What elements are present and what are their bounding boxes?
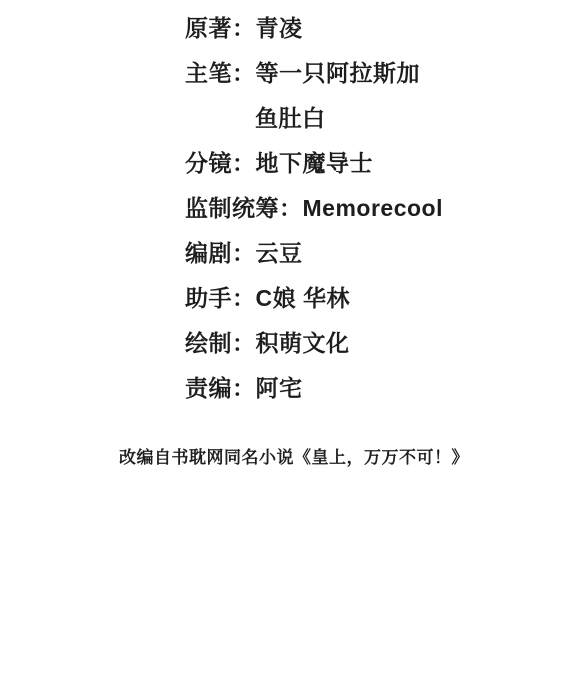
credits-block: 原著：青凌 主笔：等一只阿拉斯加 鱼肚白 分镜：地下魔导士 监制统筹：Memor… — [185, 6, 443, 411]
credit-line-screenwriter: 编剧：云豆 — [185, 231, 443, 276]
credit-line-assistants: 助手：C娘 华林 — [185, 276, 443, 321]
credit-line-responsible-editor: 责编：阿宅 — [185, 366, 443, 411]
credit-line-art-studio: 绘制：积萌文化 — [185, 321, 443, 366]
credit-line-lead-artist-continued: 鱼肚白 — [185, 96, 443, 141]
credits-page: 原著：青凌 主笔：等一只阿拉斯加 鱼肚白 分镜：地下魔导士 监制统筹：Memor… — [0, 0, 588, 697]
credit-line-original-author: 原著：青凌 — [185, 6, 443, 51]
adaptation-note: 改编自书耽网同名小说《皇上，万万不可！》 — [0, 445, 588, 471]
credit-line-lead-artist: 主笔：等一只阿拉斯加 — [185, 51, 443, 96]
credit-line-supervising-producer: 监制统筹：Memorecool — [185, 186, 443, 231]
credit-line-storyboard: 分镜：地下魔导士 — [185, 141, 443, 186]
